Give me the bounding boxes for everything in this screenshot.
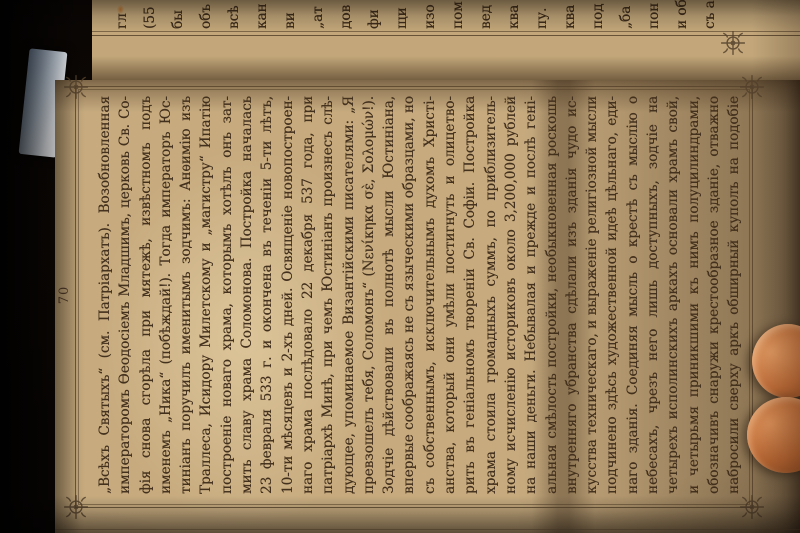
text-line: и четырьмя приникшими къ нимъ полуцилинд… — [684, 96, 704, 494]
page-behind-line-fragment: и об — [668, 0, 696, 29]
page-behind-line-fragment: пон — [640, 0, 668, 29]
page-behind-line-fragment: бы — [164, 0, 192, 29]
page-behind-text: гл(55быобъвсѣканви„атдовфищиизопомведква… — [108, 0, 800, 29]
page-behind-line-fragment: ви — [276, 0, 304, 29]
text-line: ному исчисленію историковъ около 3,200,0… — [501, 96, 521, 494]
page-behind-line-fragment: кан — [248, 0, 276, 29]
page-behind-line-fragment: вед — [472, 0, 500, 29]
page-behind-line-fragment: дов — [332, 0, 360, 29]
text-line: внутренняго убранства сдѣлали изъ зданія… — [562, 96, 582, 494]
text-line: обозначивъ снаружи крестообразное зданіе… — [704, 96, 724, 494]
page-behind: гл(55быобъвсѣканви„атдовфищиизопомведква… — [92, 0, 800, 80]
page-behind-line-fragment: (55 — [136, 0, 164, 29]
corner-ornament-icon — [720, 30, 746, 56]
page-behind-line-fragment: под — [584, 0, 612, 29]
corner-ornament-icon — [63, 494, 89, 520]
text-line: „Всѣхъ Святыхъ“ (см. Патріархатъ). Возоб… — [95, 96, 115, 494]
page-behind-line-fragment: ква — [500, 0, 528, 29]
page-behind-line-fragment: изо — [416, 0, 444, 29]
page-behind-line-fragment: всѣ — [220, 0, 248, 29]
text-line: анства, который они умѣли постигнуть и о… — [440, 96, 460, 494]
page-behind-line-fragment: пу. — [528, 0, 556, 29]
corner-ornament-icon — [739, 494, 765, 520]
page-behind-line-fragment: гл — [108, 0, 136, 29]
page-stack-edge — [55, 529, 800, 530]
page-behind-line-fragment: объ — [192, 0, 220, 29]
text-line: съ собственнымъ, исключительнымъ духомъ … — [420, 96, 440, 494]
text-line: патріархѣ Минѣ, при чемъ Юстиніанъ произ… — [318, 96, 338, 494]
page-behind-line-fragment: „ат — [304, 0, 332, 29]
text-line: императоромъ Ѳеодосіемъ Младшимъ, церков… — [115, 96, 135, 494]
text-line: храма стоила громадныхъ суммъ, по прибли… — [481, 96, 501, 494]
page-behind-line-fragment: фи — [360, 0, 388, 29]
text-line: рить въ геніальномъ твореніи Св. Софіи. … — [460, 96, 480, 494]
text-line: тиніанъ поручилъ именитымъ зодчимъ: Анѳи… — [176, 96, 196, 494]
text-line: набросили сверху аркъ обширный куполъ на… — [724, 96, 744, 494]
text-line: впервые соображаясь не съ языческими обр… — [399, 96, 419, 494]
text-line: на наши деньги. Небывалая и прежде и пос… — [521, 96, 541, 494]
paper-stain — [117, 5, 124, 14]
text-line: 23 февраля 533 г. и окончена въ теченіи … — [257, 96, 277, 494]
text-line: кусства техническаго, и выраженіе религі… — [582, 96, 602, 494]
page-behind-line-fragment: „ба — [612, 0, 640, 29]
text-line: именемъ „Ника“ (побѣждай!). Тогда импера… — [156, 96, 176, 494]
text-line: мить славу храма Соломонова. Постройка н… — [237, 96, 257, 494]
text-line: фія снова сгорѣла при мятежѣ, извѣстномъ… — [136, 96, 156, 494]
page-behind-frame-rule — [92, 31, 800, 36]
text-line: альная смѣлость постройки, необыкновенна… — [542, 96, 562, 494]
text-line: 10-ти мѣсяцевъ и 2-хъ дней. Освященіе но… — [278, 96, 298, 494]
page-text: „Всѣхъ Святыхъ“ (см. Патріархатъ). Возоб… — [95, 96, 745, 494]
text-line: наго зданія. Соединяя мысль о крестѣ съ … — [623, 96, 643, 494]
text-line: построеніе новаго храма, которымъ хотѣлъ… — [217, 96, 237, 494]
text-line: Зодчіе дѣйствовали въ полнотѣ мысли Юсти… — [379, 96, 399, 494]
text-line: Траллеса, Исидору Милетскому и „магистру… — [196, 96, 216, 494]
text-line: подчинено здѣсь художественной идеѣ цѣль… — [602, 96, 622, 494]
text-line: небесахъ, чрезъ него лишь доступныхъ, зо… — [643, 96, 663, 494]
text-line: дующее, упоминаемое Византійскими писате… — [339, 96, 359, 494]
page-behind-line-fragment: щи — [388, 0, 416, 29]
page-behind-line-fragment: съ а — [696, 0, 724, 29]
book-page: 70 — [55, 80, 800, 533]
text-line: четырехъ исполинскихъ аркахъ основали хр… — [663, 96, 683, 494]
page-behind-line-fragment: пом — [444, 0, 472, 29]
text-line: наго храма послѣдовало 22 декабря 537 го… — [298, 96, 318, 494]
book-photo: гл(55быобъвсѣканви„атдовфищиизопомведква… — [0, 0, 800, 533]
page-behind-line-fragment: ква — [556, 0, 584, 29]
page-number: 70 — [57, 80, 72, 533]
text-line: превзошелъ тебя, Соломонъ“ (Νενίκηκα σὲ,… — [359, 96, 379, 494]
corner-ornament-icon — [63, 74, 89, 100]
